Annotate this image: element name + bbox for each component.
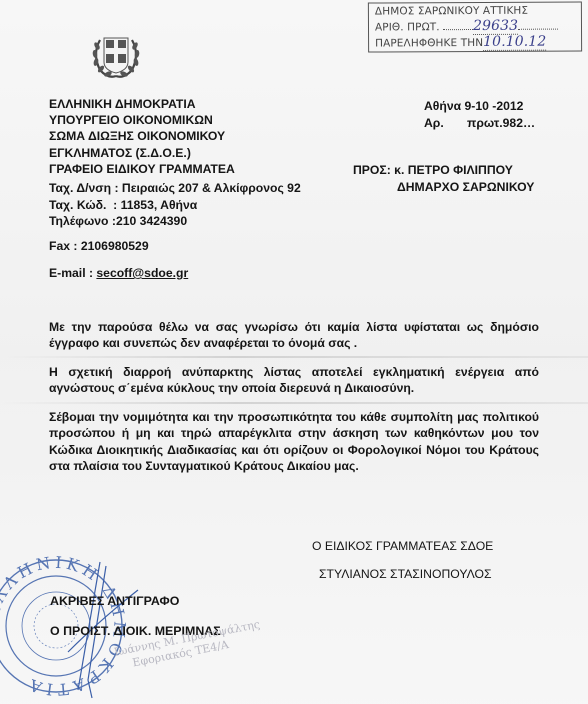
paper-fold-line [0, 402, 588, 404]
greek-coat-of-arms-icon [86, 24, 146, 84]
address-line: Ταχ. Δ/νση : Πειραιώς 207 & Αλκίφρονος 9… [49, 180, 301, 197]
certified-copy-label: ΑΚΡΙΒΕΣ ΑΝΤΙΓΡΑΦΟ [50, 594, 179, 608]
contact-block: Ταχ. Δ/νση : Πειραιώς 207 & Αλκίφρονος 9… [49, 180, 301, 230]
sender-line: ΣΩΜΑ ΔΙΩΞΗΣ ΟΙΚΟΝΟΜΙΚΟΥ [49, 128, 235, 144]
sender-line: ΕΓΚΛΗΜΑΤΟΣ (Σ.Δ.Ο.Ε.) [49, 145, 235, 161]
protocol-label: Αρ. [424, 115, 467, 132]
date-block: Αθήνα 9-10 -2012 Αρ.πρωτ.982… [424, 98, 535, 131]
letter-protocol: Αρ.πρωτ.982… [424, 115, 535, 132]
stamp-protocol-number: 29633 [473, 18, 518, 35]
fax-line: Fax : 2106980529 [49, 238, 149, 255]
stamp-received-label: ΠΑΡΕΛΗΦΘΗΚΕ ΤΗΝ [375, 37, 483, 50]
sender-block: ΕΛΛΗΝΙΚΗ ΔΗΜΟΚΡΑΤΙΑ ΥΠΟΥΡΓΕΙΟ ΟΙΚΟΝΟΜΙΚΩ… [49, 96, 235, 177]
phone-line: Τηλέφωνο :210 3424390 [49, 213, 301, 230]
recipient-name: ΠΡΟΣ: κ. ΠΕΤΡΟ ΦΙΛΙΠΠΟΥ [353, 162, 534, 179]
stamp-protocol-row: ΑΡΙΘ. ΠΡΩΤ. 29633 [375, 18, 581, 35]
letter-date: Αθήνα 9-10 -2012 [424, 98, 535, 115]
email-label: E-mail : [49, 266, 96, 280]
email-line: E-mail : secoff@sdoe.gr [49, 265, 188, 282]
dotted-line [443, 29, 473, 30]
paper-fold-line [0, 356, 588, 358]
recipient-block: ΠΡΟΣ: κ. ΠΕΤΡΟ ΦΙΛΙΠΠΟΥ ΔΗΜΑΡΧΟ ΣΑΡΩΝΙΚΟ… [353, 162, 534, 195]
email-link[interactable]: secoff@sdoe.gr [96, 266, 188, 280]
postal-code-line: Ταχ. Κώδ. : 11853, Αθήνα [49, 197, 301, 214]
sender-line: ΓΡΑΦΕΙΟ ΕΙΔΙΚΟΥ ΓΡΑΜΜΑΤΕΑ [49, 161, 235, 177]
body-paragraph-2: Η σχετική διαρροή ανύπαρκτης λίστας αποτ… [49, 364, 539, 397]
stamp-protocol-label: ΑΡΙΘ. ΠΡΩΤ. [375, 21, 440, 33]
signatory-title: Ο ΕΙΔΙΚΟΣ ΓΡΑΜΜΑΤΕΑΣ ΣΔΟΕ [312, 538, 493, 554]
protocol-value: πρωτ.982… [467, 116, 535, 130]
signatory-name: ΣΤΥΛΙΑΝΟΣ ΣΤΑΣΙΝΟΠΟΥΛΟΣ [319, 566, 491, 582]
recipient-title: ΔΗΜΑΡΧΟ ΣΑΡΩΝΙΚΟΥ [353, 179, 534, 196]
sender-line: ΕΛΛΗΝΙΚΗ ΔΗΜΟΚΡΑΤΙΑ [49, 96, 235, 112]
stamp-received-date: 10.10.12 [483, 34, 546, 51]
body-paragraph-1: Με την παρούσα θέλω να σας γνωρίσω ότι κ… [49, 319, 539, 352]
stamp-received-row: ΠΑΡΕΛΗΦΘΗΚΕ ΤΗΝ10.10.12 [375, 34, 581, 51]
registration-stamp: ΔΗΜΟΣ ΣΑΡΩΝΙΚΟΥ ΑΤΤΙΚΗΣ ΑΡΙΘ. ΠΡΩΤ. 2963… [368, 1, 582, 52]
body-paragraph-3: Σέβομαι την νομιμότητα και την προσωπικό… [49, 409, 539, 474]
dotted-line [518, 29, 558, 30]
sender-line: ΥΠΟΥΡΓΕΙΟ ΟΙΚΟΝΟΜΙΚΩΝ [49, 112, 235, 128]
scanned-letter-page: ΔΗΜΟΣ ΣΑΡΩΝΙΚΟΥ ΑΤΤΙΚΗΣ ΑΡΙΘ. ΠΡΩΤ. 2963… [0, 0, 588, 704]
